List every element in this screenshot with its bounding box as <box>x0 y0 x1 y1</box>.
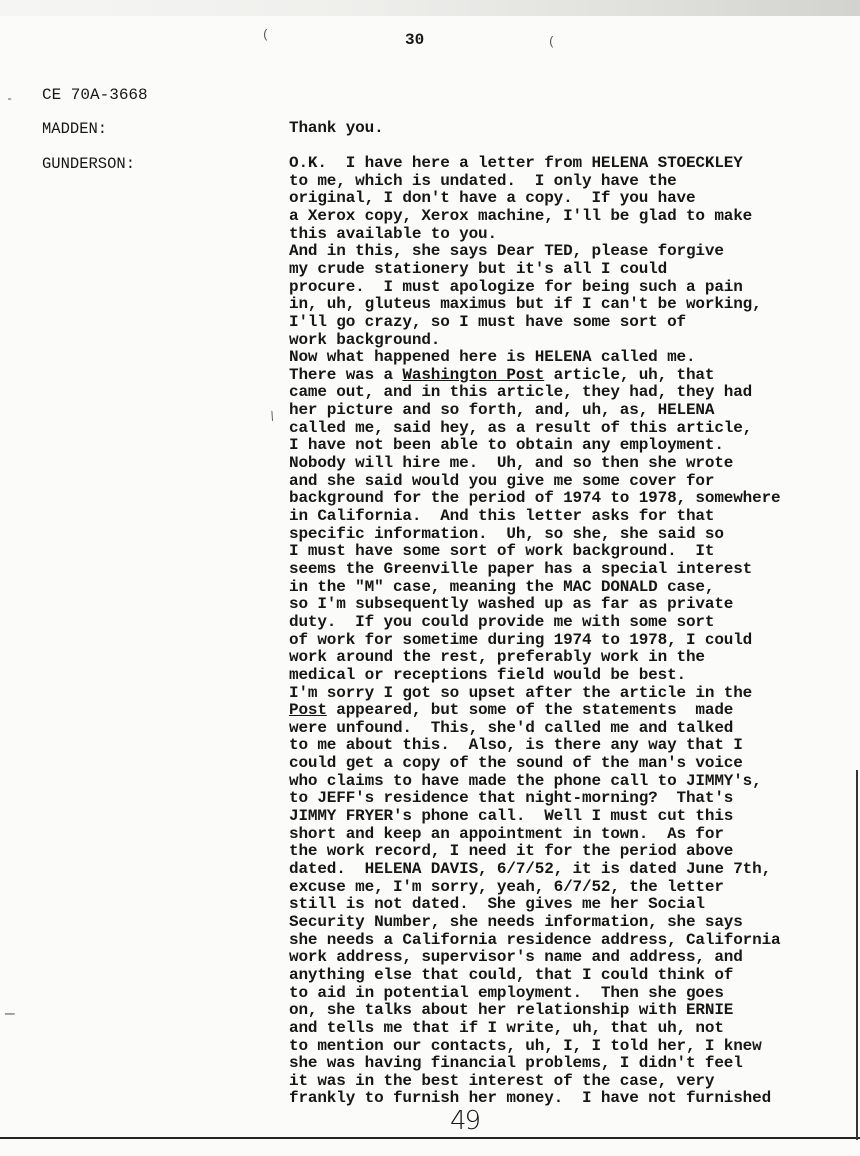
transcript-line: my crude stationery but it's all I could <box>289 261 667 278</box>
transcript-line: in, uh, gluteus maximus but if I can't b… <box>289 296 762 313</box>
margin-mark: — <box>5 1005 15 1023</box>
transcript-line: excuse me, I'm sorry, yeah, 6/7/52, the … <box>289 879 724 896</box>
transcript-line: came out, and in this article, they had,… <box>289 384 752 401</box>
underlined-title: Washington Post <box>402 366 544 384</box>
transcript-line: dated. HELENA DAVIS, 6/7/52, it is dated… <box>289 861 771 878</box>
bottom-border-line <box>0 1137 860 1139</box>
transcript-line: There was a Washington Post article, uh,… <box>289 367 714 384</box>
transcript-line: JIMMY FRYER's phone call. Well I must cu… <box>289 808 733 825</box>
underlined-title: Post <box>289 701 327 719</box>
transcript-line: so I'm subsequently washed up as far as … <box>289 596 733 613</box>
handwritten-page-number: 49 <box>450 1106 479 1136</box>
transcript-line: I'll go crazy, so I must have some sort … <box>289 314 686 331</box>
transcript-line: Thank you. <box>289 120 384 137</box>
transcript-line: could get a copy of the sound of the man… <box>289 755 743 772</box>
transcript-line: called me, said hey, as a result of this… <box>289 420 752 437</box>
speaker-gunderson: GUNDERSON: <box>42 155 135 173</box>
transcript-line: Nobody will hire me. Uh, and so then she… <box>289 455 733 472</box>
transcript-line: background for the period of 1974 to 197… <box>289 490 780 507</box>
transcript-line: a Xerox copy, Xerox machine, I'll be gla… <box>289 208 752 225</box>
transcript-line: Post appeared, but some of the statement… <box>289 702 733 719</box>
transcript-line: it was in the best interest of the case,… <box>289 1073 714 1090</box>
transcript-line: were unfound. This, she'd called me and … <box>289 720 733 737</box>
transcript-line: to mention our contacts, uh, I, I told h… <box>289 1038 762 1055</box>
transcript-line: O.K. I have here a letter from HELENA ST… <box>289 155 743 172</box>
transcript-line: original, I don't have a copy. If you ha… <box>289 190 695 207</box>
transcript-line: seems the Greenville paper has a special… <box>289 561 752 578</box>
transcript-line: she needs a California residence address… <box>289 932 780 949</box>
transcript-line: work around the rest, preferably work in… <box>289 649 705 666</box>
transcript-line: work address, supervisor's name and addr… <box>289 949 743 966</box>
transcript-line: duty. If you could provide me with some … <box>289 614 714 631</box>
transcript-line: procure. I must apologize for being such… <box>289 279 743 296</box>
scan-noise-band <box>0 0 860 16</box>
transcript-line: to me about this. Also, is there any way… <box>289 737 743 754</box>
transcript-line: on, she talks about her relationship wit… <box>289 1002 733 1019</box>
transcript-line: still is not dated. She gives me her Soc… <box>289 896 705 913</box>
transcript-line: Security Number, she needs information, … <box>289 914 743 931</box>
transcript-line: anything else that could, that I could t… <box>289 967 733 984</box>
margin-mark: - <box>6 92 13 106</box>
transcript-line: medical or receptions field would be bes… <box>289 667 686 684</box>
transcript-line: specific information. Uh, so she, she sa… <box>289 526 724 543</box>
transcript-line: who claims to have made the phone call t… <box>289 773 762 790</box>
transcript-line: to JEFF's residence that night-morning? … <box>289 790 733 807</box>
transcript-line: to me, which is undated. I only have the <box>289 173 677 190</box>
transcript-line: frankly to furnish her money. I have not… <box>289 1090 771 1107</box>
transcript-line: short and keep an appointment in town. A… <box>289 826 724 843</box>
transcript-line: in California. And this letter asks for … <box>289 508 714 525</box>
transcript-line: to aid in potential employment. Then she… <box>289 985 724 1002</box>
transcript-line: she was having financial problems, I did… <box>289 1055 743 1072</box>
transcript-line: Now what happened here is HELENA called … <box>289 349 695 366</box>
transcript-line: work background. <box>289 332 440 349</box>
page-number: 30 <box>405 31 424 49</box>
transcript-line: I must have some sort of work background… <box>289 543 714 560</box>
transcript-line: and tells me that if I write, uh, that u… <box>289 1020 724 1037</box>
transcript-line: the work record, I need it for the perio… <box>289 843 733 860</box>
transcript-line: this available to you. <box>289 226 497 243</box>
transcript-line: I have not been able to obtain any emplo… <box>289 437 724 454</box>
margin-mark: ( <box>262 28 269 42</box>
transcript-line: And in this, she says Dear TED, please f… <box>289 243 724 260</box>
transcript-line: her picture and so forth, and, uh, as, H… <box>289 402 714 419</box>
transcript-line: and she said would you give me some cove… <box>289 473 714 490</box>
transcript-line: in the "M" case, meaning the MAC DONALD … <box>289 579 714 596</box>
transcript-line: I'm sorry I got so upset after the artic… <box>289 685 752 702</box>
margin-mark: \ <box>265 409 277 425</box>
transcript-line: of work for sometime during 1974 to 1978… <box>289 632 752 649</box>
case-id: CE 70A-3668 <box>42 86 148 104</box>
margin-mark: ( <box>548 35 555 49</box>
speaker-madden: MADDEN: <box>42 120 107 138</box>
right-border-line <box>856 770 858 1140</box>
